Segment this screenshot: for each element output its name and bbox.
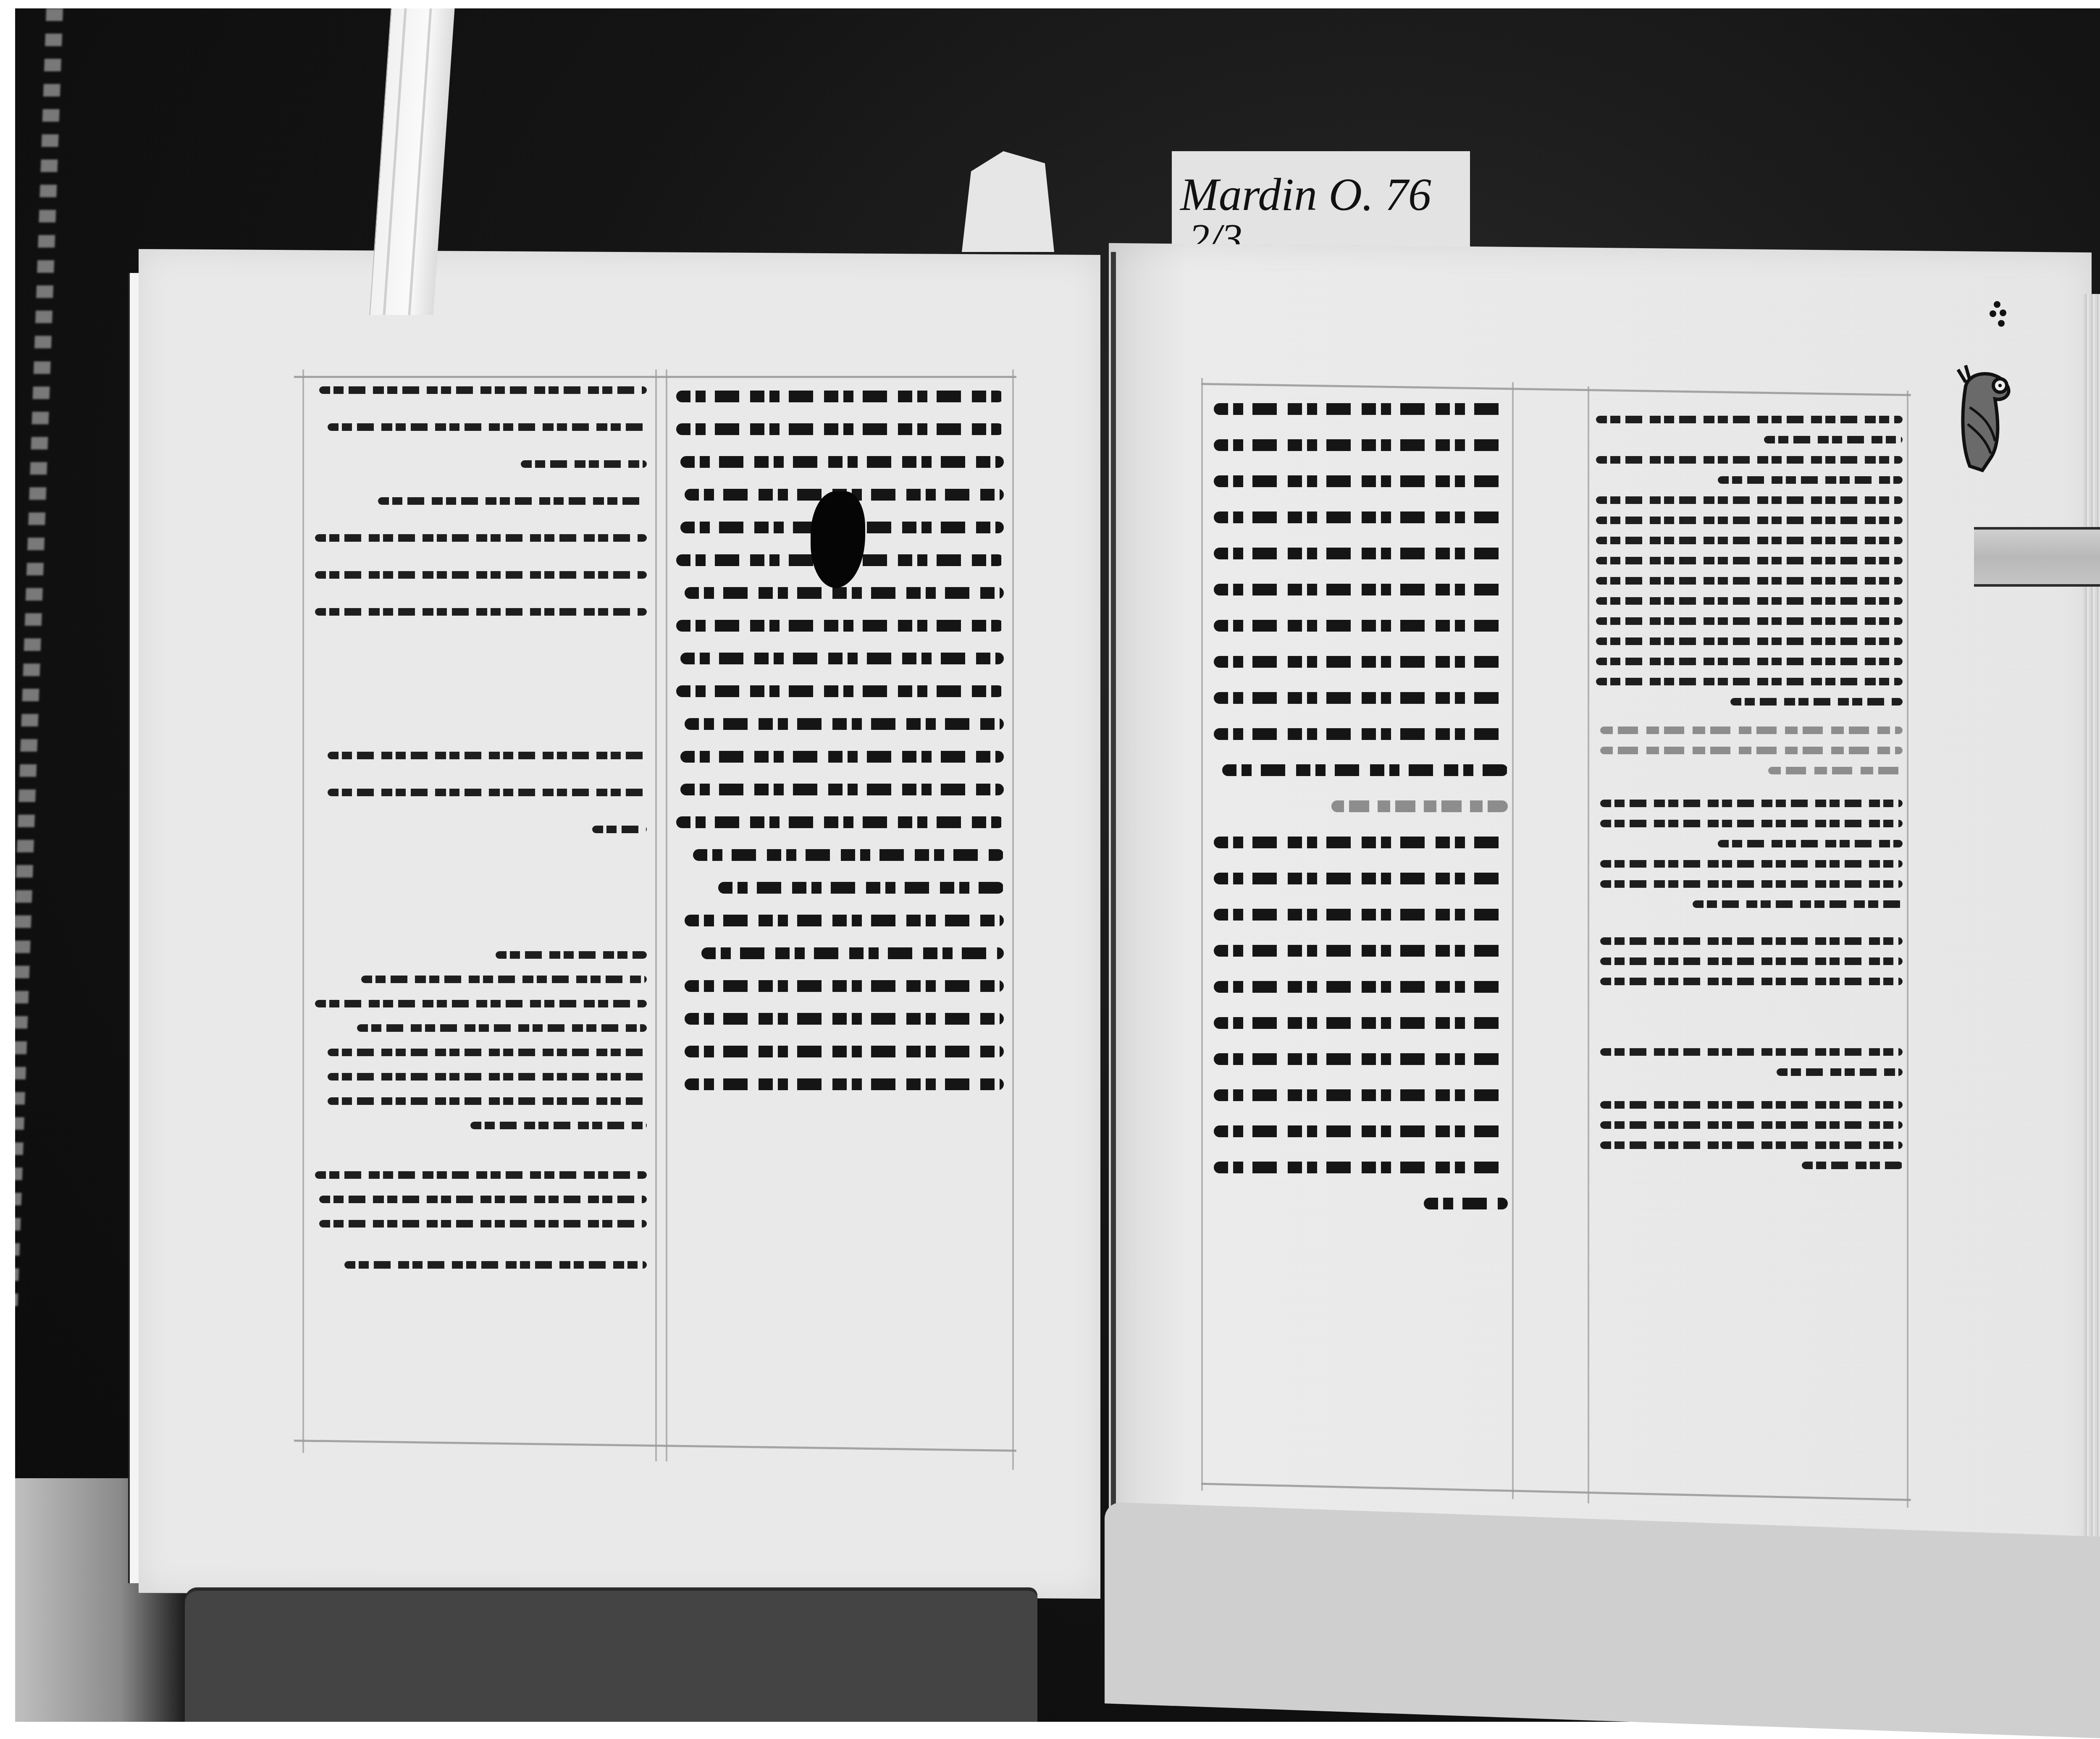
text-line [680,751,1004,763]
text-line [1214,475,1508,487]
text-line [1600,1048,1903,1056]
text-line [1718,476,1903,484]
right-page-rule-v4 [1907,391,1908,1508]
text-line-faded [1600,727,1903,734]
text-line [1693,900,1903,908]
text-line [1214,837,1508,848]
text-line [1214,620,1508,632]
text-line [315,534,647,542]
text-line [1214,981,1508,993]
right-page-outer-column [1592,416,1903,1182]
text-line [685,1078,1004,1090]
text-line [1730,698,1903,706]
text-line [718,882,1004,894]
text-line [685,718,1004,730]
right-page-rule-v3 [1588,386,1589,1503]
text-line [592,826,647,833]
left-page-outer-column-block3 [311,951,647,1298]
text-line [1214,1162,1508,1173]
text-line [521,460,647,468]
text-line [676,423,1004,435]
text-line [1222,764,1508,776]
text-line [1596,577,1903,585]
text-line [1600,1141,1903,1149]
left-page-rule-v1 [302,370,304,1453]
right-page-rule-v1 [1201,378,1203,1491]
text-line [1214,1089,1508,1101]
text-line [328,789,647,796]
bird-icon [1953,361,2020,475]
text-line [470,1122,647,1129]
text-line [685,1046,1004,1057]
text-line [1596,597,1903,605]
book-gutter [1111,252,1116,1562]
text-line [1214,584,1508,595]
text-line [680,456,1004,468]
text-line [1214,692,1508,704]
page-stack-edge [2083,294,2100,1575]
text-line [315,1171,647,1179]
four-dot-ornament [1989,300,2010,334]
chair-seam [15,8,63,1310]
text-line [1596,517,1903,524]
text-line [685,980,1004,992]
text-line [1214,548,1508,559]
text-line [1600,820,1903,827]
text-line [1596,416,1903,423]
text-line [1802,1162,1903,1169]
text-line [1718,840,1903,847]
text-line [680,653,1004,664]
text-line [1600,957,1903,965]
text-line [378,497,647,505]
photo-print: Mardin O. 76 2/3 [0,0,2100,1739]
text-line [685,915,1004,926]
dark-cushion [185,1587,1037,1722]
right-page-inner-column [1210,403,1508,1234]
text-line [1596,637,1903,645]
right-clothespin [1974,527,2100,587]
text-line [1214,945,1508,957]
text-line [1596,557,1903,564]
text-line [1214,403,1508,415]
light-cushion [1105,1502,2100,1739]
left-page-rule-v4 [1012,370,1014,1470]
text-line [328,1049,647,1056]
text-line [328,1073,647,1081]
text-line [1596,537,1903,544]
text-line [1214,728,1508,740]
text-line [319,1220,647,1228]
shelfmark-text: Mardin O. 76 [1180,168,1431,221]
text-line [1424,1198,1508,1209]
left-page-rule-v3 [666,370,667,1461]
text-line [1600,937,1903,945]
text-line [1214,439,1508,451]
text-line-faded [1600,747,1903,754]
text-line [1600,1101,1903,1109]
text-line [328,752,647,759]
left-page-rule-v2 [655,370,657,1461]
text-line [357,1024,647,1032]
text-line-faded [1768,767,1903,774]
text-line [344,1261,647,1269]
text-line [1214,1053,1508,1065]
text-line [1777,1068,1903,1076]
text-line [496,951,647,959]
text-line [1600,860,1903,868]
text-line [685,1013,1004,1025]
text-line [1596,678,1903,685]
text-line [315,1000,647,1007]
text-line [1214,656,1508,668]
text-line [676,620,1004,632]
text-line [1600,1121,1903,1129]
text-line [1214,909,1508,921]
left-page-outer-column [311,386,647,645]
text-line [328,1097,647,1105]
right-page-rule-v2 [1512,382,1514,1499]
text-line [1596,658,1903,665]
text-line [701,947,1004,959]
text-line [1214,1017,1508,1029]
text-line [1600,800,1903,807]
text-line [676,391,1004,402]
text-line [1600,880,1903,888]
text-line [676,816,1004,828]
text-line [1596,617,1903,625]
text-line [319,386,647,394]
text-line [693,849,1004,861]
text-line [1214,1125,1508,1137]
text-line [1596,456,1903,464]
text-line [315,571,647,579]
text-line [680,784,1004,795]
text-line [1600,978,1903,985]
text-line [1596,496,1903,504]
text-line [315,608,647,616]
text-line-faded [1331,800,1508,812]
text-line [319,1196,647,1203]
text-line [676,685,1004,697]
text-line [1764,436,1903,443]
text-line [685,587,1004,599]
left-page-outer-column-block2 [311,752,647,863]
text-line [1214,873,1508,884]
text-line [361,976,647,983]
text-line [328,423,647,431]
text-line [1214,511,1508,523]
